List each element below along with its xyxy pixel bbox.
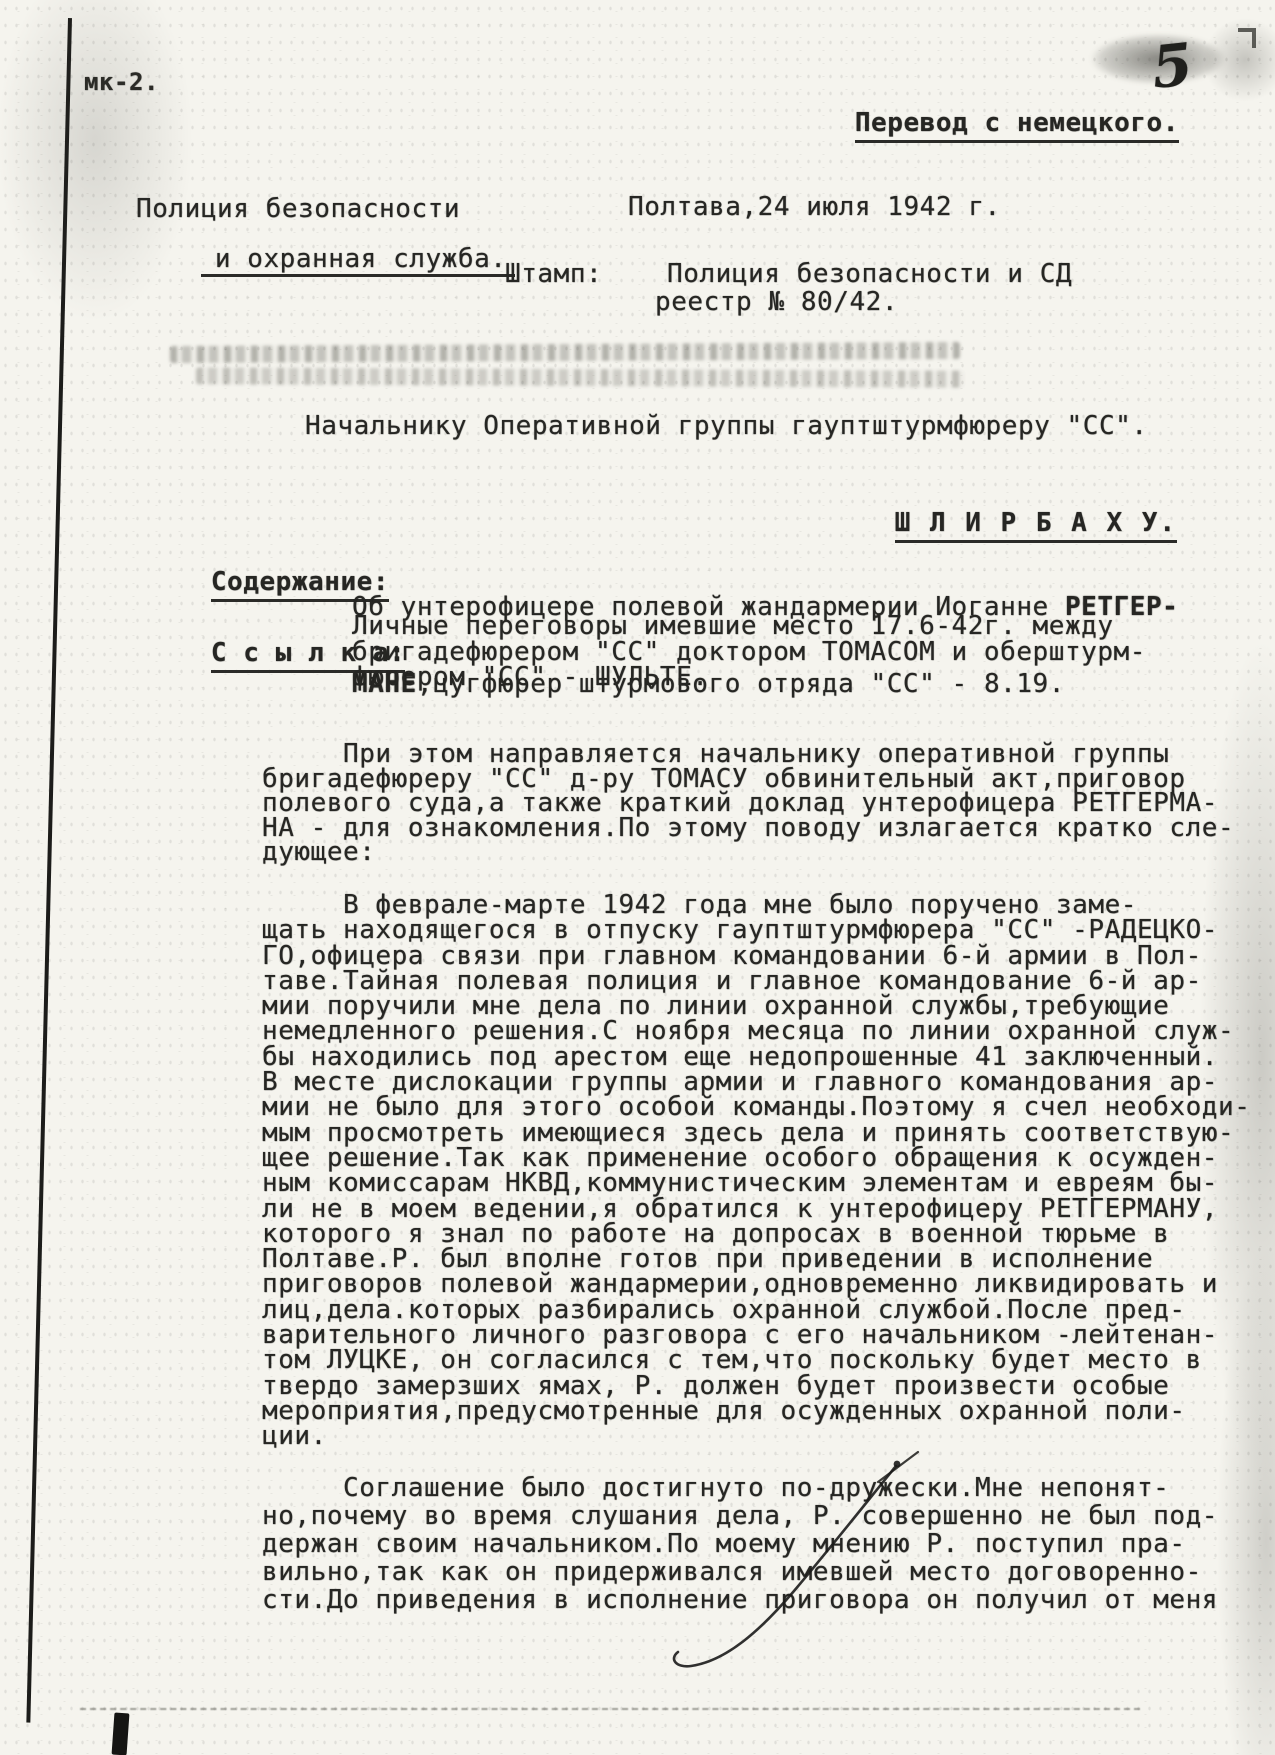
bottom-dotted-line — [80, 1708, 1140, 1710]
left-bottom-ink-blob — [112, 1713, 130, 1755]
faded-stamp-smudge — [196, 367, 964, 387]
faded-stamp-smudge — [170, 342, 960, 363]
addressee-name: Ш Л И Р Б А Х У. — [895, 508, 1177, 543]
paragraph-1: При этом направляется начальнику операти… — [262, 742, 1234, 865]
reference-text: Личные переговоры имевшие место 17.6-42г… — [352, 614, 1146, 691]
org-line1: Полиция безопасности — [136, 197, 515, 222]
stamp-line1: Штамп: Полиция безопасности и СД — [505, 262, 1072, 287]
org-line2: и охранная служба. — [201, 247, 515, 277]
paragraph-3: Соглашение было достигнуто по-дружески.М… — [262, 1474, 1218, 1614]
address-line: Начальнику Оперативной группы гауптштурм… — [305, 414, 1148, 439]
org-block: Полиция безопасности и охранная служба. — [136, 146, 515, 303]
translation-note: Перевод с немецкого. — [855, 108, 1179, 143]
scanned-document-page: мк-2. 5 Перевод с немецкого. Полиция без… — [0, 0, 1275, 1755]
dateline: Полтава,24 июля 1942 г. — [628, 195, 1001, 220]
top-right-corner-mark — [1238, 28, 1256, 48]
corner-mark: мк-2. — [84, 70, 159, 95]
paragraph-2: В феврале-марте 1942 года мне было поруч… — [262, 893, 1250, 1450]
stamp-line2: реестр № 80/42. — [655, 290, 898, 315]
left-page-edge-line — [26, 18, 72, 1723]
